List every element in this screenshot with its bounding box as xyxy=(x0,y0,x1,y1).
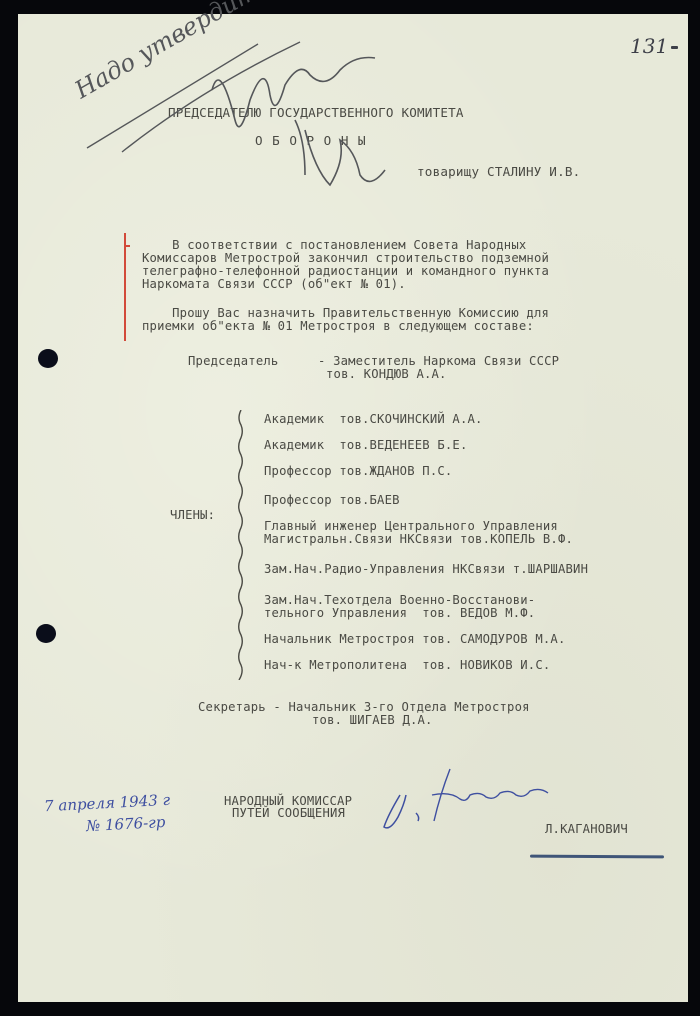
paragraph1-line4: Наркомата Связи СССР (об"ект № 01). xyxy=(142,278,406,291)
red-margin-mark xyxy=(124,233,126,341)
paragraph2-line2: приемки об"екта № 01 Метростроя в следую… xyxy=(142,320,534,333)
signatory-name: Л.КАГАНОВИЧ xyxy=(545,823,628,836)
author-signature-text: Л. Каганович xyxy=(420,790,427,791)
author-handwritten-signature xyxy=(370,765,570,835)
member-6: Зам.Нач.Радио-Управления НКСвязи т.ШАРША… xyxy=(264,563,588,576)
punch-hole-bottom xyxy=(36,624,56,643)
member-7-line2: тельного Управления тов. ВЕДОВ М.Ф. xyxy=(264,607,535,620)
chairman-line2: тов. КОНДЮВ А.А. xyxy=(326,368,447,381)
punch-hole-top xyxy=(38,349,58,368)
resolution-signature: А. Микоян / Мигров xyxy=(200,60,211,61)
members-brace xyxy=(236,410,244,680)
members-label: ЧЛЕНЫ: xyxy=(170,509,215,522)
member-5-line2: Магистральн.Связи НКСвязи тов.КОПЕЛЬ В.Ф… xyxy=(264,533,573,546)
initials-mark: ИС xyxy=(320,150,322,151)
chairman-label: Председатель xyxy=(188,355,278,368)
member-1: Академик тов.СКОЧИНСКИЙ А.А. xyxy=(264,413,483,426)
secretary-line2: тов. ШИГАЕВ Д.А. xyxy=(312,714,433,727)
member-3: Профессор тов.ЖДАНОВ П.С. xyxy=(264,465,452,478)
resolution-underline-strokes xyxy=(0,0,700,220)
red-margin-tick xyxy=(124,245,130,247)
member-9: Нач-к Метрополитена тов. НОВИКОВ И.С. xyxy=(264,659,550,672)
signatory-title-line2: ПУТЕЙ СООБЩЕНИЯ xyxy=(232,807,345,820)
member-4: Профессор тов.БАЕВ xyxy=(264,494,400,507)
member-2: Академик тов.ВЕДЕНЕЕВ Б.Е. xyxy=(264,439,468,452)
member-8: Начальник Метростроя тов. САМОДУРОВ М.А. xyxy=(264,633,566,646)
